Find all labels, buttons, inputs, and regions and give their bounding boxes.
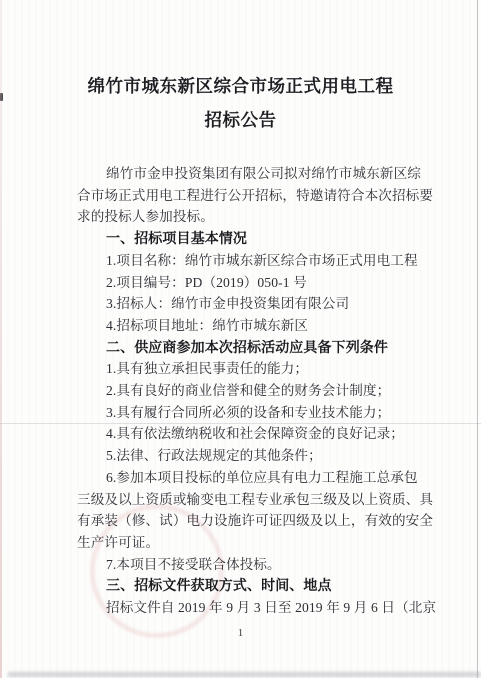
page-number: 1 — [0, 627, 481, 639]
text-line: 招标文件自 2019 年 9 月 3 日至 2019 年 9 月 6 日（北京 — [77, 597, 435, 619]
scanned-document-page: 绵竹市城东新区综合市场正式用电工程 招标公告 绵竹市金申投资集团有限公司拟对绵竹… — [0, 0, 481, 678]
document-title-line-2: 招标公告 — [0, 103, 481, 137]
section-heading-2: 二、供应商参加本次招标活动应具备下列条件 — [77, 337, 435, 359]
scan-right-page-edge — [477, 0, 479, 678]
list-item: 1.具有独立承担民事责任的能力； — [77, 358, 435, 380]
list-item: 1.项目名称：绵竹市城东新区综合市场正式用电工程 — [77, 250, 435, 272]
scan-left-page-edge — [0, 0, 2, 678]
document-body: 绵竹市金申投资集团有限公司拟对绵竹市城东新区综 合市场正式用电工程进行公开招标，… — [77, 163, 435, 619]
list-item: 4.招标项目地址：绵竹市城东新区 — [77, 315, 435, 337]
text-line: 合市场正式用电工程进行公开招标，特邀请符合本次招标要 — [77, 185, 435, 207]
section-heading-3: 三、招标文件获取方式、时间、地点 — [77, 575, 435, 597]
list-item: 4.具有依法缴纳税收和社会保障资金的良好记录； — [77, 423, 435, 445]
list-item: 2.项目编号：PD（2019）050-1 号 — [77, 272, 435, 294]
text-line: 有承装（修、试）电力设施许可证四级及以上，有效的安全 — [77, 510, 435, 532]
list-item: 5.法律、行政法规规定的其他条件； — [77, 445, 435, 467]
text-line: 求的投标人参加投标。 — [77, 206, 435, 228]
list-item: 3.具有履行合同所必须的设备和专业技术能力； — [77, 402, 435, 424]
list-item: 7.本项目不接受联合体投标。 — [77, 554, 435, 576]
document-title: 绵竹市城东新区综合市场正式用电工程 招标公告 — [0, 69, 481, 137]
text-line: 生产许可证。 — [77, 532, 435, 554]
document-title-line-1: 绵竹市城东新区综合市场正式用电工程 — [0, 69, 481, 103]
list-item: 6.参加本项目投标的单位应具有电力工程施工总承包 — [77, 467, 435, 489]
list-item: 3.招标人：绵竹市金申投资集团有限公司 — [77, 293, 435, 315]
scan-bottom-page-edge — [8, 672, 481, 677]
list-item: 2.具有良好的商业信誉和健全的财务会计制度； — [77, 380, 435, 402]
text-line: 三级及以上资质或输变电工程专业承包三级及以上资质、具 — [77, 489, 435, 511]
section-heading-1: 一、招标项目基本情况 — [77, 228, 435, 250]
text-line: 绵竹市金申投资集团有限公司拟对绵竹市城东新区综 — [77, 163, 435, 185]
